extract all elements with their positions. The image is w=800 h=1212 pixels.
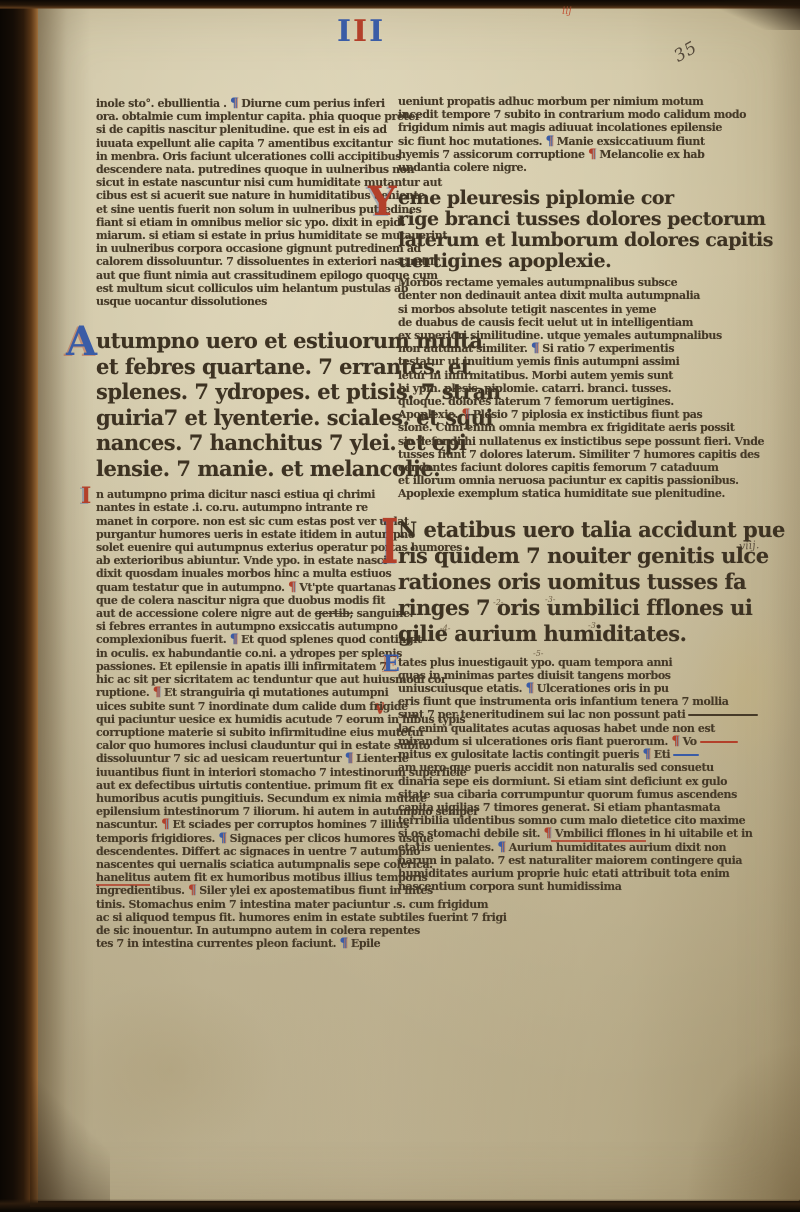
manuscript-text-line: mitus ex gulositate lactis contingit pue…	[398, 748, 704, 761]
manuscript-text-line: et illorum omnia neruosa paciuntur ex ca…	[398, 474, 704, 487]
text-run: inole sto°. ebullientia .	[96, 97, 230, 110]
text-section: Yeme pleuresis piplomie corrige branci t…	[398, 188, 704, 272]
text-run: tusses fiunt 7 dolores laterum. Similite…	[398, 448, 760, 461]
text-run: narum in palato. 7 est naturaliter maior…	[398, 854, 742, 867]
manuscript-text-line: ris quidem 7 nouiter genitis ulce	[398, 543, 704, 569]
pilcrow-mark: ¶	[588, 147, 596, 162]
text-run: Et sciades per corruptos homines 7 illiu…	[169, 818, 409, 831]
text-run: purgantur humores ueris in estate itidem…	[96, 528, 415, 541]
text-run: passiones. Et epilensie in apatis illi i…	[96, 660, 387, 673]
page-corner-shadow	[30, 1077, 110, 1207]
manuscript-text-line: aut de accessione colere nigre aut de ge…	[96, 607, 392, 620]
manuscript-text-line: fiant si etiam in omnibus melior sic ypo…	[96, 216, 392, 229]
text-run: aut que fiunt nimia aut crassitudinem ep…	[96, 269, 438, 282]
manuscript-text-line: quas in minimas partes diuisit tangens m…	[398, 669, 704, 682]
manuscript-text-line: ringes 7 oris umbilici fflones ui	[398, 595, 704, 621]
text-run: calorem dissoluuntur. 7 dissoluentes in …	[96, 255, 439, 268]
manuscript-text-line: ueniunt propatis adhuc morbum per nimium…	[398, 95, 704, 108]
text-run: si morbos absolute tetigit nascentes in …	[398, 303, 656, 316]
manuscript-text-line: complexionibus fuerit. ¶ Et quod splenes…	[96, 633, 392, 646]
manuscript-text-line: dixit quosdam inuales morbos hinc a mult…	[96, 567, 392, 580]
text-run: uices subite sunt 7 inordinate dum calid…	[96, 700, 408, 713]
manuscript-text-line: quoque. dolores laterum 7 femorum uertig…	[398, 395, 704, 408]
text-run: mitus ex gulositate lactis contingit pue…	[398, 748, 642, 761]
manuscript-text-line: si de capitis nascitur plenitudine. que …	[96, 123, 392, 136]
manuscript-text-line: sic defendi hi nullatenus ex instictibus…	[398, 435, 704, 448]
pilcrow-mark: ¶	[531, 341, 539, 356]
text-run: in menbra. Oris faciunt ulcerationes col…	[96, 150, 401, 163]
text-run: dixit quosdam inuales morbos hinc a mult…	[96, 567, 391, 580]
text-run: ueniunt propatis adhuc morbum per nimium…	[398, 95, 703, 108]
text-run: hi ypm. plesis. piplomie. catarri. branc…	[398, 382, 671, 395]
text-run: ruptione.	[96, 686, 153, 699]
text-run: nascuntur.	[96, 818, 161, 831]
manuscript-text-line: est multum sicut colliculos uim helantum…	[96, 282, 392, 295]
text-run: de duabus de causis fecit uelut ut in in…	[398, 316, 693, 329]
text-run: nantes in estate .i. co.ru. autumpno int…	[96, 501, 368, 514]
text-run: dissoluuntur 7 sic ad uesicam reuertuntu…	[96, 752, 345, 765]
manuscript-text-line: IN etatibus uero talia accidunt pue	[398, 517, 704, 543]
manuscript-text-line: de duabus de causis fecit uelut ut in in…	[398, 316, 704, 329]
text-run: aut ex defectibus uirtutis contentiue. p…	[96, 779, 393, 792]
manuscript-text-line: dissoluuntur 7 sic ad uesicam reuertuntu…	[96, 752, 392, 765]
pilcrow-mark: ¶	[230, 96, 238, 111]
manuscript-text-line: temporis frigidiores. ¶ Signaces per cli…	[96, 832, 392, 845]
manuscript-text-line: si os stomachi debile sit. ¶ Vmbilici ff…	[398, 827, 704, 840]
manuscript-text-line: nantes in estate .i. co.ru. autumpno int…	[96, 501, 392, 514]
manuscript-text-line: In autumpno prima dicitur nasci estiua q…	[96, 488, 392, 501]
text-column-left: inole sto°. ebullientia . ¶ Diurne cum p…	[96, 97, 392, 950]
text-run: sunt 7 per teneritudinem sui lac non pos…	[398, 708, 685, 721]
manuscript-text-line: sione. Cum enim omnia membra ex frigidit…	[398, 421, 704, 434]
text-run: Plesio 7 piplosia ex instictibus fiunt p…	[469, 408, 702, 421]
text-run: terribilia uidentibus somno cum malo die…	[398, 814, 745, 827]
parchment-stain	[690, 600, 800, 780]
text-run: tates plus inuestigauit ypo. quam tempor…	[398, 656, 672, 669]
manuscript-text-line: Etates plus inuestigauit ypo. quam tempo…	[398, 656, 704, 669]
text-run: humoribus acutis pungitiuis. Secundum ex…	[96, 792, 426, 805]
text-run: N etatibus uero talia accidunt pue	[398, 517, 785, 542]
text-run: ora. obtalmie cum implentur capita. phia…	[96, 110, 420, 123]
manuscript-text-line: Yeme pleuresis piplomie cor	[398, 188, 704, 209]
text-run: undantia colere nigre.	[398, 161, 527, 174]
text-run: frigidum nimis aut magis adiuuat incolat…	[398, 121, 722, 134]
manuscript-text-line: Apoplexie. ¶ Plesio 7 piplosia ex instic…	[398, 408, 704, 421]
text-run: laterum et lumborum dolores capitis	[398, 229, 773, 251]
page-corner-shadow	[680, 0, 800, 30]
manuscript-text-line: ac si aliquod tempus fit. humores enim i…	[96, 911, 392, 924]
manuscript-text-line: iuuata expellunt alie capita 7 amentibus…	[96, 137, 392, 150]
text-run: Si ratio 7 experimentis	[539, 342, 674, 355]
text-run: uniuscuiusque etatis.	[398, 682, 525, 695]
manuscript-text-line: aut ex defectibus uirtutis contentiue. p…	[96, 779, 392, 792]
text-run: tes 7 in intestina currentes pleon faciu…	[96, 937, 340, 950]
manuscript-text-line: si morbos absolute tetigit nascentes in …	[398, 303, 704, 316]
manuscript-text-line: uertigines apoplexie.	[398, 251, 704, 272]
text-section: In autumpno prima dicitur nasci estiua q…	[96, 488, 392, 950]
pilcrow-mark: ¶	[671, 734, 679, 749]
text-run: hyemis 7 assicorum corruptione	[398, 148, 588, 161]
text-run: etatis uenientes.	[398, 841, 497, 854]
manuscript-text-line: uices subite sunt 7 inordinate dum calid…	[96, 700, 392, 713]
illuminated-initial: Y	[368, 182, 396, 222]
manuscript-text-line: descendentes. Differt ac signaces in uen…	[96, 845, 392, 858]
text-run: ab exterioribus abiuntur. Vnde ypo. in e…	[96, 554, 387, 567]
manuscript-text-line: cendentes faciunt dolores capitis femoru…	[398, 461, 704, 474]
manuscript-text-line: et febres quartane. 7 errantes. et	[96, 354, 392, 380]
quire-mark: III	[337, 14, 385, 49]
manuscript-text-line: in oculis. ex habundantie co.ni. a ydrop…	[96, 647, 392, 660]
manuscript-text-line: sunt 7 per teneritudinem sui lac non pos…	[398, 708, 704, 721]
text-run: in oculis. ex habundantie co.ni. a ydrop…	[96, 647, 402, 660]
text-run: si febres errantes in autumpno exsiccati…	[96, 620, 398, 633]
text-run: am uero que pueris accidit non naturalis…	[398, 761, 714, 774]
text-run: cendentes faciunt dolores capitis femoru…	[398, 461, 718, 474]
quire-mark-letter: I	[353, 14, 369, 49]
manuscript-text-line: sitate sua cibaria corrumpuntur quorum f…	[398, 788, 704, 801]
manuscript-text-line: aut que fiunt nimia aut crassitudinem ep…	[96, 269, 392, 282]
manuscript-text-line: testatur ut inuitium yemis finis autumpn…	[398, 355, 704, 368]
text-section: Etates plus inuestigauit ypo. quam tempo…	[398, 656, 704, 894]
text-run: si de capitis nascitur plenitudine. que …	[96, 123, 387, 136]
text-run: Vt'pte quartanas	[296, 581, 396, 594]
text-run: si os stomachi debile sit.	[398, 827, 544, 840]
text-run: ex superiori similitudine. utque yemales…	[398, 329, 722, 342]
text-run: Diurne cum perius inferi	[238, 97, 385, 110]
manuscript-text-line: laterum et lumborum dolores capitis	[398, 230, 704, 251]
manuscript-text-line: tes 7 in intestina currentes pleon faciu…	[96, 937, 392, 950]
text-run: calor quo humores inclusi clauduntur qui…	[96, 739, 430, 752]
text-run: usque uocantur dissolutiones	[96, 295, 267, 308]
manuscript-text-line: calorem dissoluuntur. 7 dissoluentes in …	[96, 255, 392, 268]
manuscript-text-line: tusses fiunt 7 dolores laterum. Similite…	[398, 448, 704, 461]
manuscript-text-line: et sine uentis fuerit non solum in uulne…	[96, 203, 392, 216]
text-run: Eti	[650, 748, 670, 761]
manuscript-text-line: hyemis 7 assicorum corruptione ¶ Melanco…	[398, 148, 704, 161]
text-run: descendentes. Differt ac signaces in uen…	[96, 845, 420, 858]
text-run: corruptione materie si subito infirmitud…	[96, 726, 425, 739]
text-run: ris quidem 7 nouiter genitis ulce	[398, 543, 769, 568]
manuscript-text-line: nascentium corpora sunt humidissima	[398, 880, 704, 893]
manuscript-text-line: nascentes qui uernalis sciatica autumpna…	[96, 858, 392, 871]
text-run: sione. Cum enim omnia membra ex frigidit…	[398, 421, 734, 434]
manuscript-text-line: sic fiunt hoc mutationes. ¶ Manie exsicc…	[398, 135, 704, 148]
manuscript-text-line: humiditates aurium proprie huic etati at…	[398, 867, 704, 880]
manuscript-text-line: quam testatur que in autumpno. ¶ Vt'pte …	[96, 581, 392, 594]
text-run: sic defendi hi nullatenus ex instictibus…	[398, 435, 764, 448]
text-run: Vo	[679, 735, 697, 748]
manuscript-text-line: incedit tempore 7 subito in contrarium m…	[398, 108, 704, 121]
text-run: autem fit ex humoribus motibus illius te…	[150, 871, 427, 884]
text-run: in uulneribus corpora occasione gignunt …	[96, 242, 421, 255]
text-run: Aurium humiditates aurium dixit non	[505, 841, 726, 854]
manuscript-text-line: in menbra. Oris faciunt ulcerationes col…	[96, 150, 392, 163]
manuscript-text-line: tinis. Stomachus enim 7 intestina mater …	[96, 898, 392, 911]
text-run: Et stranguiria qi mutationes autumpni	[161, 686, 389, 699]
text-run: nascentium corpora sunt humidissima	[398, 880, 621, 893]
text-run: n autumpno prima dicitur nasci estiua qi…	[96, 488, 375, 501]
text-run: lensie. 7 manie. et melancolie.	[96, 456, 440, 481]
text-section: Morbos rectame yemales autumpnalibus sub…	[398, 276, 704, 500]
manuscript-text-line: qui paciuntur uesice ex humidis acutude …	[96, 713, 392, 726]
manuscript-text-line: descendere nata. putredines quoque in uu…	[96, 163, 392, 176]
text-run: Apoplexie.	[398, 408, 461, 421]
manuscript-text-line: ingredientibus. ¶ Siler ylei ex apostema…	[96, 884, 392, 897]
text-run: quoque. dolores laterum 7 femorum uertig…	[398, 395, 674, 408]
text-run: lac enim qualitates acutas aquosas habet…	[398, 722, 715, 735]
text-run: que de colera nascitur nigra que duobus …	[96, 594, 385, 607]
manuscript-text-line: mirandum si ulcerationes oris fiant puer…	[398, 735, 704, 748]
text-run: rationes oris uomitus tusses fa	[398, 569, 746, 594]
text-run: quam testatur que in autumpno.	[96, 581, 288, 594]
manuscript-text-line: dinaria sepe eis dormiunt. Si etiam sint…	[398, 775, 704, 788]
manuscript-text-line: rationes oris uomitus tusses fa	[398, 569, 704, 595]
text-run: Manie exsiccatiuum fiunt	[553, 135, 704, 148]
text-run: rige branci tusses dolores pectorum	[398, 208, 766, 230]
manuscript-text-line: hi ypm. plesis. piplomie. catarri. branc…	[398, 382, 704, 395]
text-run: tinis. Stomachus enim 7 intestina mater …	[96, 898, 488, 911]
manuscript-text-line: corruptione materie si subito infirmitud…	[96, 726, 392, 739]
manuscript-text-line: undantia colere nigre.	[398, 161, 704, 174]
manuscript-text-line: rige branci tusses dolores pectorum	[398, 209, 704, 230]
manuscript-text-line: Autumpno uero et estiuorum multa	[96, 328, 392, 354]
text-run: mirandum si ulcerationes oris fiant puer…	[398, 735, 671, 748]
text-section: IN etatibus uero talia accidunt pueris q…	[398, 517, 704, 647]
text-run: et illorum omnia neruosa paciuntur ex ca…	[398, 474, 739, 487]
text-run: nascentes qui uernalis sciatica autumpna…	[96, 858, 433, 871]
manuscript-text-line: passiones. Et epilensie in apatis illi i…	[96, 660, 392, 673]
text-run: ac si aliquod tempus fit. humores enim i…	[96, 911, 507, 924]
illuminated-initial: I	[381, 511, 398, 573]
text-run: Ulcerationes oris in pu	[533, 682, 668, 695]
text-run: non autumat similiter.	[398, 342, 531, 355]
text-run: testatur ut inuitium yemis finis autumpn…	[398, 355, 679, 368]
quire-mark-letter: I	[369, 14, 385, 49]
manuscript-text-line: si febres errantes in autumpno exsiccati…	[96, 620, 392, 633]
binding-edge	[0, 0, 38, 1212]
text-column-right: ueniunt propatis adhuc morbum per nimium…	[398, 95, 704, 893]
pilcrow-mark: ¶	[288, 580, 296, 595]
manuscript-text-line: cibus est si acuerit sue nature in humid…	[96, 189, 392, 202]
manuscript-text-line: splenes. 7 ydropes. et ptisis. 7 stran	[96, 379, 392, 405]
text-run: eme pleuresis piplomie cor	[398, 187, 674, 209]
text-run: gilie aurium humiditates.	[398, 621, 686, 646]
manuscript-text-line: non autumat similiter. ¶ Si ratio 7 expe…	[398, 342, 704, 355]
manuscript-text-line: epilensium intestinorum 7 iliorum. hi au…	[96, 805, 392, 818]
manuscript-text-line: manet in corpore. non est sic cum estas …	[96, 515, 392, 528]
manuscript-text-line: ruptione. ¶ Et stranguiria qi mutationes…	[96, 686, 392, 699]
text-run: eris fiunt que instrumenta oris infantiu…	[398, 695, 729, 708]
pilcrow-mark: ¶	[188, 883, 196, 898]
pilcrow-mark: ¶	[161, 817, 169, 832]
manuscript-text-line: lac enim qualitates acutas aquosas habet…	[398, 722, 704, 735]
text-run: temporis frigidiores.	[96, 832, 218, 845]
text-run: est multum sicut colliculos uim helantum…	[96, 282, 408, 295]
illuminated-initial: A	[66, 322, 97, 362]
manuscript-text-line: miarum. si etiam si estate in prius humi…	[96, 229, 392, 242]
manuscript-text-line: uniuscuiusque etatis. ¶ Ulcerationes ori…	[398, 682, 704, 695]
manuscript-text-line: usque uocantur dissolutiones	[96, 295, 392, 308]
text-run: incedit tempore 7 subito in contrarium m…	[398, 108, 746, 121]
manuscript-text-line: guiria7 et lyenterie. sciales. et squi	[96, 405, 392, 431]
text-run: uertigines apoplexie.	[398, 250, 611, 272]
quire-mark-letter: I	[337, 14, 353, 49]
manuscript-text-line: de sic inouentur. In autumpno autem in c…	[96, 924, 392, 937]
text-section: ueniunt propatis adhuc morbum per nimium…	[398, 95, 704, 174]
manuscript-text-line: iuuantibus fiunt in interiori stomacho 7…	[96, 766, 392, 779]
text-run: miarum. si etiam si estate in prius humi…	[96, 229, 447, 242]
manuscript-text-line: hic ac sit per sicritatem ac tenduntur q…	[96, 673, 392, 686]
text-run: ingredientibus.	[96, 884, 188, 897]
manuscript-text-line: sicut in estate nascuntur nisi cum humid…	[96, 176, 392, 189]
ink-stroke	[673, 754, 699, 756]
corner-quire-numeral: iij	[562, 6, 572, 17]
manuscript-text-line: ora. obtalmie cum implentur capita. phia…	[96, 110, 392, 123]
text-run: de sic inouentur. In autumpno autem in c…	[96, 924, 420, 937]
text-run: Morbos rectame yemales autumpnalibus sub…	[398, 276, 677, 289]
ink-stroke	[700, 741, 738, 743]
text-run: iuuata expellunt alie capita 7 amentibus…	[96, 137, 392, 150]
manuscript-text-line: am uero que pueris accidit non naturalis…	[398, 761, 704, 774]
text-run: Epile	[347, 937, 380, 950]
text-run: in hi uitabile et in	[646, 827, 753, 840]
text-section: inole sto°. ebullientia . ¶ Diurne cum p…	[96, 97, 392, 308]
manuscript-text-line: inole sto°. ebullientia . ¶ Diurne cum p…	[96, 97, 392, 110]
pilcrow-mark: ¶	[153, 685, 161, 700]
manuscript-text-line: Morbos rectame yemales autumpnalibus sub…	[398, 276, 704, 289]
manuscript-text-line: denter non dedinauit antea dixit multa a…	[398, 289, 704, 302]
illuminated-initial: E	[383, 653, 399, 675]
page-corner-shadow	[670, 1021, 800, 1201]
manuscript-text-line: eris fiunt que instrumenta oris infantiu…	[398, 695, 704, 708]
text-run: descendere nata. putredines quoque in uu…	[96, 163, 414, 176]
manuscript-text-line: purgantur humores ueris in estate itidem…	[96, 528, 392, 541]
manuscript-text-line: que de colera nascitur nigra que duobus …	[96, 594, 392, 607]
text-run: fiant si etiam in omnibus melior sic ypo…	[96, 216, 404, 229]
text-section: Autumpno uero et estiuorum multaet febre…	[96, 328, 392, 481]
text-run: sitate sua cibaria corrumpuntur quorum f…	[398, 788, 737, 801]
manuscript-text-line: solet euenire qui autumpnus exterius ope…	[96, 541, 392, 554]
text-run: humiditates aurium proprie huic etati at…	[398, 867, 729, 880]
text-run: capita uigilias 7 timores generat. Si et…	[398, 801, 720, 814]
manuscript-text-line: Apoplexie exemplum statica humiditate su…	[398, 487, 704, 500]
text-run: Et quod splenes quod contingit	[238, 633, 422, 646]
text-run: sic fiunt hoc mutationes.	[398, 135, 545, 148]
manuscript-text-line: in uulneribus corpora occasione gignunt …	[96, 242, 392, 255]
text-run: aut de accessione colere nigre aut de	[96, 607, 315, 620]
pilcrow-mark: ¶	[345, 751, 353, 766]
manuscript-text-line: letur in infirmitatibus. Morbi autem yem…	[398, 369, 704, 382]
text-run: dinaria sepe eis dormiunt. Si etiam sint…	[398, 775, 727, 788]
manuscript-text-line: hanelitus autem fit ex humoribus motibus…	[96, 871, 392, 884]
manuscript-text-line: nances. 7 hanchitus 7 ylei. et epi	[96, 430, 392, 456]
manuscript-text-line: ex superiori similitudine. utque yemales…	[398, 329, 704, 342]
manuscript-text-line: gilie aurium humiditates.	[398, 621, 704, 647]
text-run: letur in infirmitatibus. Morbi autem yem…	[398, 369, 673, 382]
illuminated-initial: I	[81, 485, 91, 507]
text-run: Apoplexie exemplum statica humiditate su…	[398, 487, 725, 500]
text-run: complexionibus fuerit.	[96, 633, 230, 646]
manuscript-text-line: capita uigilias 7 timores generat. Si et…	[398, 801, 704, 814]
text-run: denter non dedinauit antea dixit multa a…	[398, 289, 700, 302]
manuscript-text-line: humoribus acutis pungitiuis. Secundum ex…	[96, 792, 392, 805]
text-run: ringes 7 oris umbilici fflones ui	[398, 595, 752, 620]
text-run: gertib;	[315, 607, 354, 620]
text-run: manet in corpore. non est sic cum estas …	[96, 515, 409, 528]
manuscript-text-line: lensie. 7 manie. et melancolie.	[96, 456, 392, 482]
manuscript-text-line: nascuntur. ¶ Et sciades per corruptos ho…	[96, 818, 392, 831]
manuscript-text-line: narum in palato. 7 est naturaliter maior…	[398, 854, 704, 867]
text-run: quas in minimas partes diuisit tangens m…	[398, 669, 671, 682]
manuscript-text-line: etatis uenientes. ¶ Aurium humiditates a…	[398, 841, 704, 854]
pilcrow-mark: ¶	[230, 632, 238, 647]
manuscript-text-line: ab exterioribus abiuntur. Vnde ypo. in e…	[96, 554, 392, 567]
text-run: Melancolie ex hab	[596, 148, 705, 161]
